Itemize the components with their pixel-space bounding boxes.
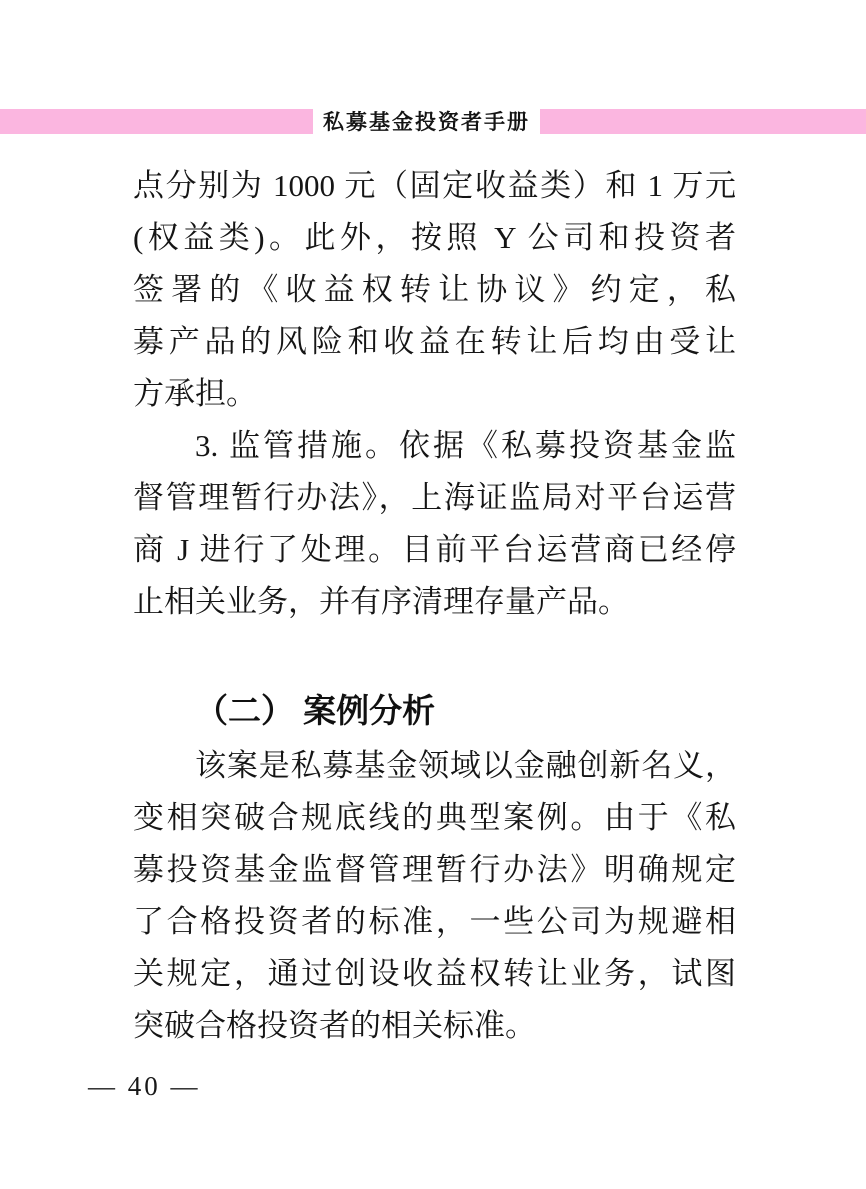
section-heading: （二） 案例分析 xyxy=(133,682,736,740)
body-line: 了合格投资者的标准，一些公司为规避相 xyxy=(133,896,736,948)
body-line: 方承担。 xyxy=(133,368,736,420)
body-line: 募产品的风险和收益在转让后均由受让 xyxy=(133,316,736,368)
header-bar-right xyxy=(540,109,866,134)
body-line: 3. 监管措施。依据《私募投资基金监 xyxy=(133,420,736,472)
body-line: 商 J 进行了处理。目前平台运营商已经停 xyxy=(133,524,736,576)
body-line: 督管理暂行办法》，上海证监局对平台运营 xyxy=(133,472,736,524)
book-page: 私募基金投资者手册 点分别为 1000 元（固定收益类）和 1 万元 (权益类)… xyxy=(0,0,866,1189)
body-line: 点分别为 1000 元（固定收益类）和 1 万元 xyxy=(133,160,736,212)
body-line: (权益类)。此外，按照 Y 公司和投资者 xyxy=(133,212,736,264)
body-line: 突破合格投资者的相关标准。 xyxy=(133,1000,736,1052)
body-line: 变相突破合规底线的典型案例。由于《私 xyxy=(133,792,736,844)
body-text-block: 点分别为 1000 元（固定收益类）和 1 万元 (权益类)。此外，按照 Y 公… xyxy=(133,160,736,1052)
body-line: 关规定，通过创设收益权转让业务，试图 xyxy=(133,948,736,1000)
running-header-title: 私募基金投资者手册 xyxy=(313,108,540,134)
body-line: 该案是私募基金领域以金融创新名义， xyxy=(133,740,736,792)
header-bar-left xyxy=(0,109,313,134)
body-line: 签署的《收益权转让协议》约定，私 xyxy=(133,264,736,316)
page-number: — 40 — xyxy=(88,1066,201,1106)
body-line: 募投资基金监督管理暂行办法》明确规定 xyxy=(133,844,736,896)
body-line: 止相关业务，并有序清理存量产品。 xyxy=(133,576,736,628)
